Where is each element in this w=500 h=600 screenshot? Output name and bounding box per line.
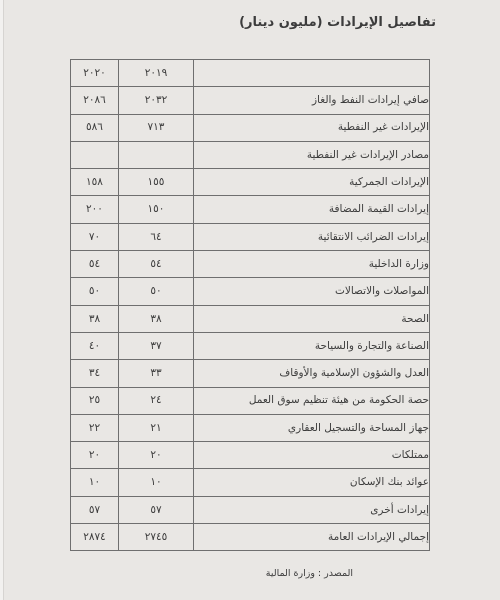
table-row: الصناعة والتجارة والسياحة٣٧٤٠ [71, 332, 430, 359]
table-row: إيرادات أخرى٥٧٥٧ [71, 496, 430, 523]
value-2019: ٢١ [119, 414, 194, 441]
row-label: ممتلكات [194, 442, 430, 469]
table-row: وزارة الداخلية٥٤٥٤ [71, 251, 430, 278]
page-edge-shadow [0, 0, 4, 600]
value-2020: ٢٨٧٤ [71, 524, 119, 551]
table-row: مصادر الإيرادات غير النفطية [71, 141, 430, 168]
row-label: إجمالي الإيرادات العامة [194, 524, 430, 551]
value-2019: ١٠ [119, 469, 194, 496]
table-row: ممتلكات٢٠٢٠ [71, 442, 430, 469]
source-note: المصدر : وزارة المالية [266, 568, 353, 579]
row-label: إيرادات القيمة المضافة [194, 196, 430, 223]
value-2019: ٣٧ [119, 332, 194, 359]
header-2020: ٢٠٢٠ [71, 60, 119, 87]
table-row: إيرادات القيمة المضافة١٥٠٢٠٠ [71, 196, 430, 223]
value-2020: ٧٠ [71, 223, 119, 250]
table-row: الإيرادات غير النفطية٧١٣٥٨٦ [71, 114, 430, 141]
value-2020: ٢٢ [71, 414, 119, 441]
row-label: وزارة الداخلية [194, 251, 430, 278]
value-2019: ٥٧ [119, 496, 194, 523]
row-label: حصة الحكومة من هيئة تنظيم سوق العمل [194, 387, 430, 414]
value-2019: ٢٤ [119, 387, 194, 414]
value-2019: ٥٠ [119, 278, 194, 305]
value-2019: ٢٠ [119, 442, 194, 469]
value-2019: ٣٣ [119, 360, 194, 387]
table-row: صافي إيرادات النفط والغاز٢٠٣٢٢٠٨٦ [71, 87, 430, 114]
table-row: إجمالي الإيرادات العامة٢٧٤٥٢٨٧٤ [71, 524, 430, 551]
value-2020: ٢٠ [71, 442, 119, 469]
value-2020: ٥٤ [71, 251, 119, 278]
header-row: ٢٠١٩ ٢٠٢٠ [71, 60, 430, 87]
row-label: إيرادات الضرائب الانتقائية [194, 223, 430, 250]
row-label: الصناعة والتجارة والسياحة [194, 332, 430, 359]
table-row: العدل والشؤون الإسلامية والأوقاف٣٣٣٤ [71, 360, 430, 387]
value-2020: ٢٥ [71, 387, 119, 414]
row-label: عوائد بنك الإسكان [194, 469, 430, 496]
row-label: الإيرادات غير النفطية [194, 114, 430, 141]
value-2019: ٥٤ [119, 251, 194, 278]
value-2020: ٤٠ [71, 332, 119, 359]
row-label: العدل والشؤون الإسلامية والأوقاف [194, 360, 430, 387]
row-label: إيرادات أخرى [194, 496, 430, 523]
value-2019 [119, 141, 194, 168]
row-label: المواصلات والاتصالات [194, 278, 430, 305]
table-row: جهاز المساحة والتسجيل العقاري٢١٢٢ [71, 414, 430, 441]
value-2019: ١٥٠ [119, 196, 194, 223]
value-2020: ٥٨٦ [71, 114, 119, 141]
value-2020: ٢٠٠ [71, 196, 119, 223]
value-2020: ١٥٨ [71, 169, 119, 196]
revenue-table: ٢٠١٩ ٢٠٢٠ صافي إيرادات النفط والغاز٢٠٣٢٢… [70, 59, 430, 551]
row-label: الإيرادات الجمركية [194, 169, 430, 196]
value-2020: ١٠ [71, 469, 119, 496]
header-label [194, 60, 430, 87]
value-2019: ٣٨ [119, 305, 194, 332]
table-row: حصة الحكومة من هيئة تنظيم سوق العمل٢٤٢٥ [71, 387, 430, 414]
value-2019: ٢٠٣٢ [119, 87, 194, 114]
value-2019: ١٥٥ [119, 169, 194, 196]
table-body: صافي إيرادات النفط والغاز٢٠٣٢٢٠٨٦الإيراد… [71, 87, 430, 551]
page-title: تفاصيل الإيرادات (مليون دينار) [239, 15, 436, 30]
value-2019: ٦٤ [119, 223, 194, 250]
table-row: المواصلات والاتصالات٥٠٥٠ [71, 278, 430, 305]
table-row: إيرادات الضرائب الانتقائية٦٤٧٠ [71, 223, 430, 250]
row-label: جهاز المساحة والتسجيل العقاري [194, 414, 430, 441]
value-2020: ٥٧ [71, 496, 119, 523]
value-2020: ٢٠٨٦ [71, 87, 119, 114]
value-2020: ٥٠ [71, 278, 119, 305]
value-2020: ٣٨ [71, 305, 119, 332]
table-row: عوائد بنك الإسكان١٠١٠ [71, 469, 430, 496]
row-label: مصادر الإيرادات غير النفطية [194, 141, 430, 168]
row-label: صافي إيرادات النفط والغاز [194, 87, 430, 114]
table-row: الإيرادات الجمركية١٥٥١٥٨ [71, 169, 430, 196]
row-label: الصحة [194, 305, 430, 332]
value-2020 [71, 141, 119, 168]
value-2019: ٧١٣ [119, 114, 194, 141]
value-2020: ٣٤ [71, 360, 119, 387]
header-2019: ٢٠١٩ [119, 60, 194, 87]
table-row: الصحة٣٨٣٨ [71, 305, 430, 332]
value-2019: ٢٧٤٥ [119, 524, 194, 551]
